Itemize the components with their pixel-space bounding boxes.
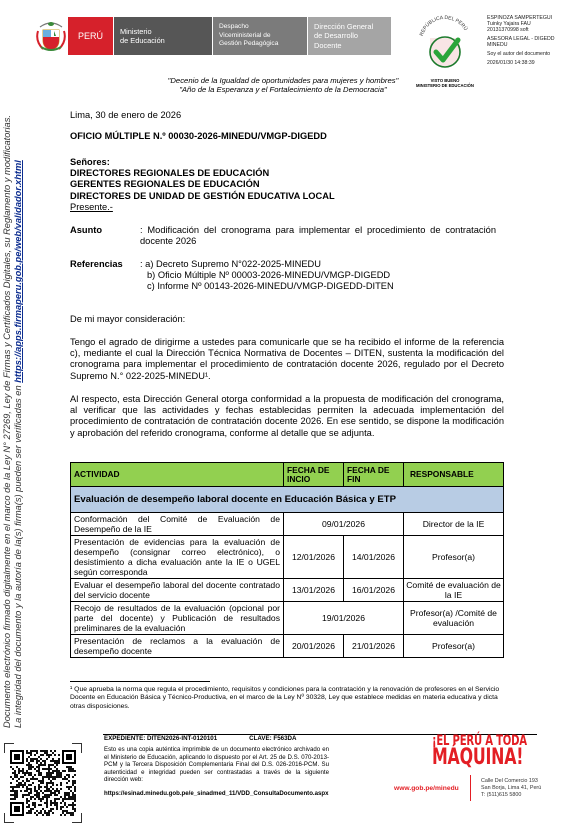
- table-row: Evaluar el desempeño laboral del docente…: [71, 579, 504, 602]
- greeting: De mi mayor consideración:: [70, 314, 504, 325]
- letter-date: Lima, 30 de enero de 2026: [70, 110, 504, 121]
- direction-line: Dirección General: [314, 22, 373, 32]
- reference-item: : a) Decreto Supremo N°022-2025-MINEDU: [140, 259, 394, 270]
- verification-url[interactable]: https://esinad.minedu.gob.pe/e_sinadmed_…: [104, 790, 329, 797]
- subject-block: Asunto : Modificación del cronograma par…: [70, 225, 504, 247]
- responsible-cell: Profesor(a): [404, 536, 504, 579]
- signer-reason: Soy el autor del documento: [487, 51, 555, 57]
- official-mottos: "Decenio de la Igualdad de oportunidades…: [150, 76, 416, 94]
- ministry-line: Ministerio: [120, 27, 165, 37]
- section-title: Evaluación de desempeño laboral docente …: [71, 487, 504, 513]
- responsible-cell: Comité de evaluación de la IE: [404, 579, 504, 602]
- expediente-line: EXPEDIENTE: DITEN2026-INT-0120101CLAVE: …: [104, 735, 296, 742]
- start-date-cell: 12/01/2026: [284, 536, 344, 579]
- visto-bueno-stamp: REPÚBLICA DEL PERÚ VISTO BUENO MINISTERI…: [414, 12, 476, 88]
- svg-text:REPÚBLICA DEL PERÚ: REPÚBLICA DEL PERÚ: [419, 15, 470, 37]
- activity-cell: Presentación de evidencias para la evalu…: [71, 536, 284, 579]
- country-label: PERÚ: [78, 32, 103, 41]
- side-note-line: La integridad del documento y la autoría…: [13, 383, 23, 728]
- qr-code-icon: [10, 750, 76, 816]
- body-paragraph: Al respecto, esta Dirección General otor…: [70, 394, 504, 439]
- address-line: T: (511)615 5800: [481, 792, 541, 799]
- body-paragraph: Tengo el agrado de dirigirme a ustedes p…: [70, 337, 504, 382]
- stamp-caption: MINISTERIO DE EDUCACIÓN: [414, 83, 476, 88]
- end-date-cell: 14/01/2026: [344, 536, 404, 579]
- authenticity-notice: Esto es una copia auténtica imprimible d…: [104, 746, 329, 784]
- activity-cell: Recojo de resultados de la evaluación (o…: [71, 602, 284, 635]
- table-row: Presentación de evidencias para la evalu…: [71, 536, 504, 579]
- addressee-line: DIRECTORES DE UNIDAD DE GESTIÓN EDUCATIV…: [70, 191, 504, 202]
- slogan-line: MÁQUINA!: [432, 748, 527, 768]
- start-date-cell: 20/01/2026: [284, 635, 344, 658]
- validator-link[interactable]: https://apps.firmaperu.gob.pe/web/valida…: [13, 160, 23, 383]
- vice-ministry-band: DespachoViceministerial deGestión Pedagó…: [213, 17, 307, 55]
- end-date-cell: 21/01/2026: [344, 635, 404, 658]
- table-header-row: ACTIVIDAD FECHA DE INCIO FECHA DE FIN RE…: [71, 463, 504, 487]
- digital-signature-side-note: Documento electrónico firmado digitalmen…: [2, 58, 24, 728]
- activity-cell: Conformación del Comité de Evaluación de…: [71, 513, 284, 536]
- vice-ministry-line: Viceministerial de: [219, 32, 278, 41]
- slogan: ¡EL PERÚ A TODA MÁQUINA!: [432, 734, 527, 768]
- motto: "Decenio de la Igualdad de oportunidades…: [150, 76, 416, 85]
- subject-label: Asunto: [70, 225, 140, 247]
- presente-line: Presente.-: [70, 202, 504, 213]
- table-row: Recojo de resultados de la evaluación (o…: [71, 602, 504, 635]
- motto: "Año de la Esperanza y el Fortalecimient…: [150, 85, 416, 94]
- addressee-line: GERENTES REGIONALES DE EDUCACIÓN: [70, 179, 504, 190]
- address-line: San Borja, Lima 41, Perú: [481, 785, 541, 792]
- direction-band: Dirección Generalde DesarrolloDocente: [308, 17, 391, 55]
- ministry-band: Ministeriode Educación: [114, 17, 212, 55]
- signer-datetime: 2026/01/30 14:38:39: [487, 60, 555, 66]
- responsible-cell: Director de la IE: [404, 513, 504, 536]
- column-header: FECHA DE FIN: [344, 463, 404, 487]
- vice-ministry-line: Gestión Pedagógica: [219, 40, 278, 49]
- column-header: RESPONSABLE: [404, 463, 504, 487]
- addressee-line: DIRECTORES REGIONALES DE EDUCACIÓN: [70, 168, 504, 179]
- addressee-line: Señores:: [70, 157, 504, 168]
- address-line: Calle Del Comercio 193: [481, 778, 541, 785]
- website-link[interactable]: www.gob.pe/minedu: [394, 785, 459, 792]
- approval-check-icon: REPÚBLICA DEL PERÚ: [414, 12, 476, 78]
- section-row: Evaluación de desempeño laboral docente …: [71, 487, 504, 513]
- column-header: ACTIVIDAD: [71, 463, 284, 487]
- references-block: Referencias : a) Decreto Supremo N°022-2…: [70, 259, 504, 293]
- references-label: Referencias: [70, 259, 140, 293]
- responsible-cell: Profesor(a): [404, 635, 504, 658]
- signer-role: MINEDU: [487, 42, 507, 48]
- reference-item: b) Oficio Múltiple Nº 00003-2026-MINEDU/…: [140, 270, 394, 281]
- direction-line: de Desarrollo: [314, 31, 373, 41]
- date-cell: 19/01/2026: [284, 602, 404, 635]
- digital-signature-info: ESPINOZA SAMPERTEGUITuinky Yajaira FAU20…: [487, 15, 555, 69]
- table-row: Conformación del Comité de Evaluación de…: [71, 513, 504, 536]
- column-header: FECHA DE INCIO: [284, 463, 344, 487]
- direction-line: Docente: [314, 41, 373, 51]
- subject-text: : Modificación del cronograma para imple…: [140, 225, 496, 247]
- ministry-line: de Educación: [120, 36, 165, 46]
- start-date-cell: 13/01/2026: [284, 579, 344, 602]
- date-cell: 09/01/2026: [284, 513, 404, 536]
- reference-item: c) Informe Nº 00143-2026-MINEDU/VMGP-DIG…: [140, 281, 394, 292]
- footer-separator: [470, 775, 471, 801]
- qr-code[interactable]: [4, 743, 82, 823]
- ministry-address: Calle Del Comercio 193 San Borja, Lima 4…: [481, 778, 541, 800]
- institutional-header: PERÚ Ministeriode Educación DespachoVice…: [34, 17, 391, 55]
- activity-cell: Evaluar el desempeño laboral del docente…: [71, 579, 284, 602]
- side-note-line: Documento electrónico firmado digitalmen…: [2, 58, 13, 728]
- addressees: Señores: DIRECTORES REGIONALES DE EDUCAC…: [70, 157, 504, 213]
- clave: CLAVE: F563DA: [249, 735, 296, 742]
- footnote: ¹ Que aprueba la norma que regula el pro…: [70, 686, 504, 711]
- signer-id: 20131370998 soft: [487, 27, 529, 33]
- coat-of-arms-icon: [34, 17, 68, 55]
- end-date-cell: 16/01/2026: [344, 579, 404, 602]
- footnote-divider: [70, 681, 210, 682]
- vice-ministry-line: Despacho: [219, 23, 278, 32]
- oficio-number: OFICIO MÚLTIPLE N.º 00030-2026-MINEDU/VM…: [70, 131, 504, 142]
- peru-brand-band: PERÚ: [68, 17, 113, 55]
- responsible-cell: Profesor(a) /Comité de evaluación: [404, 602, 504, 635]
- activity-cell: Presentación de reclamos a la evaluación…: [71, 635, 284, 658]
- table-row: Presentación de reclamos a la evaluación…: [71, 635, 504, 658]
- schedule-table: ACTIVIDAD FECHA DE INCIO FECHA DE FIN RE…: [70, 462, 504, 658]
- expediente-number: EXPEDIENTE: DITEN2026-INT-0120101: [104, 735, 217, 742]
